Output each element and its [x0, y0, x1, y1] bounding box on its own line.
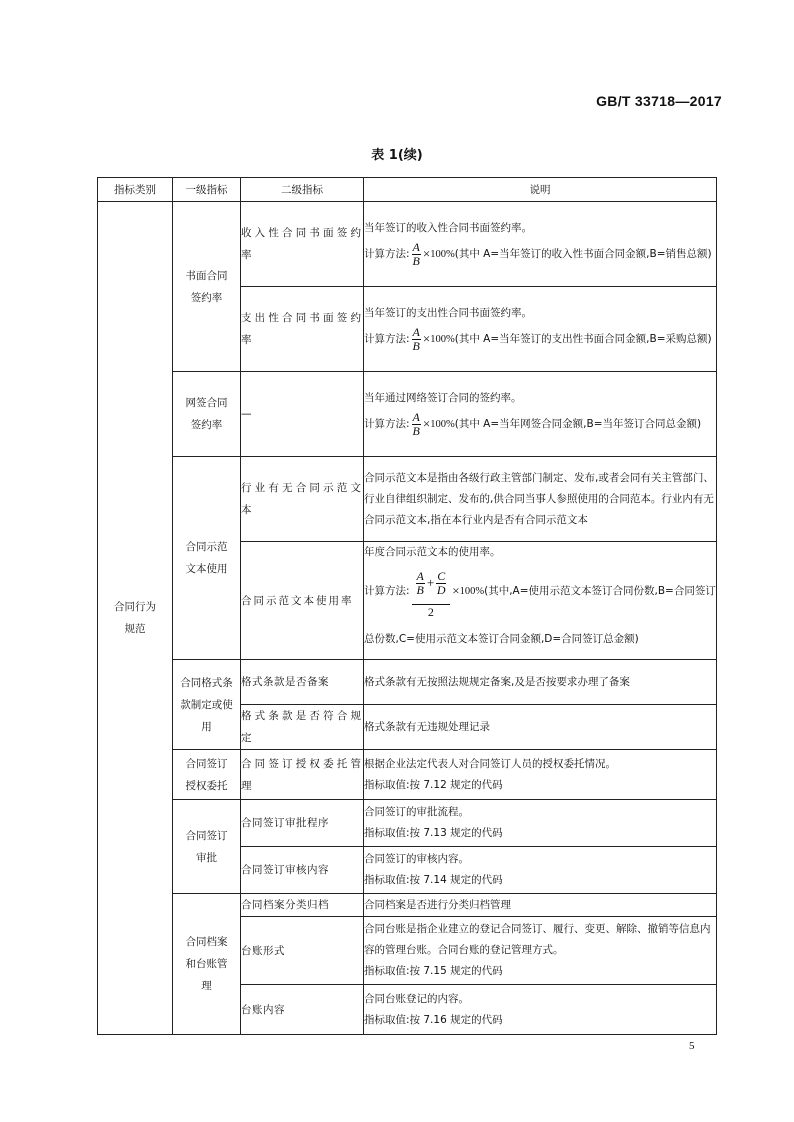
standard-code: GB/T 33718—2017 [596, 93, 722, 109]
description-cell: 当年通过网络签订合同的签约率。 计算方法:AB×100%(其中 A=当年网签合同… [364, 372, 717, 457]
description-text: 当年签订的收入性合同书面签约率。 [364, 218, 716, 239]
table-row: 合同格式条款制定或使用 格式条款是否备案 格式条款有无按照法规规定备案,及是否按… [98, 660, 717, 705]
numerator: A [412, 326, 421, 340]
plus-sign: + [427, 575, 434, 590]
fraction: CD [436, 570, 446, 597]
formula-prefix: 计算方法: [364, 418, 410, 430]
table-row: 合同行为规范 书面合同签约率 收入性合同书面签约率 当年签订的收入性合同书面签约… [98, 202, 717, 287]
formula: 计算方法:AB×100%(其中 A=当年签订的支出性书面合同金额,B=采购总额) [364, 324, 716, 355]
description-cell: 合同台账登记的内容。 指标取值:按 7.16 规定的代码 [364, 985, 717, 1035]
level1-cell: 合同格式条款制定或使用 [173, 660, 241, 750]
level1-label: 书面合同签约率 [186, 270, 228, 304]
description-cell: 年度合同示范文本的使用率。 计算方法:AB+CD2×100%(其中,A=使用示范… [364, 542, 717, 660]
description-text: 合同台账是指企业建立的登记合同签订、履行、变更、解除、撤销等信息内容的管理台账。… [364, 919, 716, 961]
indicator-value-text: 指标取值:按 7.14 规定的代码 [364, 870, 716, 891]
indicator-table: 指标类别 一级指标 二级指标 说明 合同行为规范 书面合同签约率 收入性合同书面… [97, 177, 717, 1035]
table-row: 合同档案和台账管理 合同档案分类归档 合同档案是否进行分类归档管理 [98, 894, 717, 917]
denominator: D [436, 584, 446, 597]
description-cell: 合同台账是指企业建立的登记合同签订、履行、变更、解除、撤销等信息内容的管理台账。… [364, 917, 717, 985]
percent: 100% [460, 586, 485, 597]
level2-cell: 合同示范文本使用率 [241, 542, 364, 660]
times-sign: × [452, 583, 459, 598]
formula: 计算方法:AB+CD2×100%(其中,A=使用示范文本签订合同份数,B=合同签… [364, 563, 716, 659]
table-row: 合同示范文本使用 行业有无合同示范文本 合同示范文本是指由各级行政主管部门制定、… [98, 457, 717, 542]
compound-numerator: AB+CD [412, 563, 451, 605]
level2-cell: 台账内容 [241, 985, 364, 1035]
compound-fraction: AB+CD2 [412, 563, 451, 619]
level1-cell: 书面合同签约率 [173, 202, 241, 372]
column-header-category: 指标类别 [98, 178, 173, 202]
formula: 计算方法:AB×100%(其中 A=当年网签合同金额,B=当年签订合同总金额) [364, 409, 716, 440]
category-cell: 合同行为规范 [98, 202, 173, 1035]
description-text: 合同签订的审批流程。 [364, 802, 716, 823]
description-text: 根据企业法定代表人对合同签订人员的授权委托情况。 [364, 754, 716, 775]
formula-prefix: 计算方法: [364, 585, 410, 597]
percent: 100% [430, 334, 455, 345]
description-text: 合同签订的审核内容。 [364, 849, 716, 870]
indicator-value-text: 指标取值:按 7.12 规定的代码 [364, 775, 716, 796]
description-cell: 合同示范文本是指由各级行政主管部门制定、发布,或者会同有关主管部门、行业自律组织… [364, 457, 717, 542]
formula: 计算方法:AB×100%(其中 A=当年签订的收入性书面合同金额,B=销售总额) [364, 239, 716, 270]
level2-cell: 合同签订审批程序 [241, 800, 364, 847]
description-text: 年度合同示范文本的使用率。 [364, 542, 716, 563]
description-cell: 当年签订的收入性合同书面签约率。 计算方法:AB×100%(其中 A=当年签订的… [364, 202, 717, 287]
level2-cell: 格式条款是否备案 [241, 660, 364, 705]
level1-label: 合同签订授权委托 [186, 758, 228, 792]
table-row: 合同签订审批 合同签订审批程序 合同签订的审批流程。 指标取值:按 7.13 规… [98, 800, 717, 847]
description-text: 合同台账登记的内容。 [364, 989, 716, 1010]
level1-cell: 网签合同签约率 [173, 372, 241, 457]
description-cell: 格式条款有无违规处理记录 [364, 705, 717, 750]
table-row: 网签合同签约率 — 当年通过网络签订合同的签约率。 计算方法:AB×100%(其… [98, 372, 717, 457]
compound-denominator: 2 [412, 605, 451, 619]
level2-cell: 台账形式 [241, 917, 364, 985]
description-text: 当年签订的支出性合同书面签约率。 [364, 303, 716, 324]
level1-cell: 合同签订审批 [173, 800, 241, 894]
description-cell: 合同签订的审批流程。 指标取值:按 7.13 规定的代码 [364, 800, 717, 847]
description-cell: 合同签订的审核内容。 指标取值:按 7.14 规定的代码 [364, 847, 717, 894]
table-row: 合同签订授权委托 合同签订授权委托管理 根据企业法定代表人对合同签订人员的授权委… [98, 750, 717, 800]
fraction: AB [412, 241, 421, 268]
numerator: A [416, 570, 425, 584]
column-header-description: 说明 [364, 178, 717, 202]
level2-cell: 合同档案分类归档 [241, 894, 364, 917]
level1-cell: 合同签订授权委托 [173, 750, 241, 800]
percent: 100% [430, 249, 455, 260]
denominator: B [412, 425, 421, 438]
level1-label: 合同格式条款制定或使用 [180, 677, 233, 733]
denominator: B [412, 255, 421, 268]
category-label: 合同行为规范 [114, 601, 156, 635]
level1-cell: 合同档案和台账管理 [173, 894, 241, 1035]
level1-label: 合同档案和台账管理 [186, 936, 228, 992]
description-text: 当年通过网络签订合同的签约率。 [364, 388, 716, 409]
fraction: AB [412, 326, 421, 353]
table-header-row: 指标类别 一级指标 二级指标 说明 [98, 178, 717, 202]
formula-prefix: 计算方法: [364, 248, 410, 260]
fraction: AB [412, 411, 421, 438]
table-caption: 表 1(续) [0, 144, 794, 163]
formula-suffix: (其中 A=当年签订的支出性书面合同金额,B=采购总额) [455, 333, 712, 345]
numerator: A [412, 241, 421, 255]
level2-cell: 格式条款是否符合规定 [241, 705, 364, 750]
column-header-level2: 二级指标 [241, 178, 364, 202]
description-cell: 格式条款有无按照法规规定备案,及是否按要求办理了备案 [364, 660, 717, 705]
fraction: AB [416, 570, 425, 597]
description-cell: 当年签订的支出性合同书面签约率。 计算方法:AB×100%(其中 A=当年签订的… [364, 287, 717, 372]
formula-suffix: (其中 A=当年签订的收入性书面合同金额,B=销售总额) [455, 248, 712, 260]
formula-suffix: (其中 A=当年网签合同金额,B=当年签订合同总金额) [455, 418, 701, 430]
level1-cell: 合同示范文本使用 [173, 457, 241, 660]
level2-cell: 行业有无合同示范文本 [241, 457, 364, 542]
description-cell: 合同档案是否进行分类归档管理 [364, 894, 717, 917]
level1-label: 合同示范文本使用 [186, 541, 228, 575]
numerator: A [412, 411, 421, 425]
page-number: 5 [689, 1040, 695, 1052]
level2-cell: 支出性合同书面签约率 [241, 287, 364, 372]
level1-label: 网签合同签约率 [186, 397, 228, 431]
level2-cell: 合同签订审核内容 [241, 847, 364, 894]
indicator-value-text: 指标取值:按 7.13 规定的代码 [364, 823, 716, 844]
level2-cell: — [241, 372, 364, 457]
indicator-value-text: 指标取值:按 7.15 规定的代码 [364, 961, 716, 982]
formula-prefix: 计算方法: [364, 333, 410, 345]
level2-cell: 合同签订授权委托管理 [241, 750, 364, 800]
indicator-value-text: 指标取值:按 7.16 规定的代码 [364, 1010, 716, 1031]
denominator: B [412, 340, 421, 353]
column-header-level1: 一级指标 [173, 178, 241, 202]
denominator: B [416, 584, 425, 597]
level1-label: 合同签订审批 [186, 830, 228, 864]
percent: 100% [430, 419, 455, 430]
description-cell: 根据企业法定代表人对合同签订人员的授权委托情况。 指标取值:按 7.12 规定的… [364, 750, 717, 800]
level2-cell: 收入性合同书面签约率 [241, 202, 364, 287]
numerator: C [436, 570, 446, 584]
